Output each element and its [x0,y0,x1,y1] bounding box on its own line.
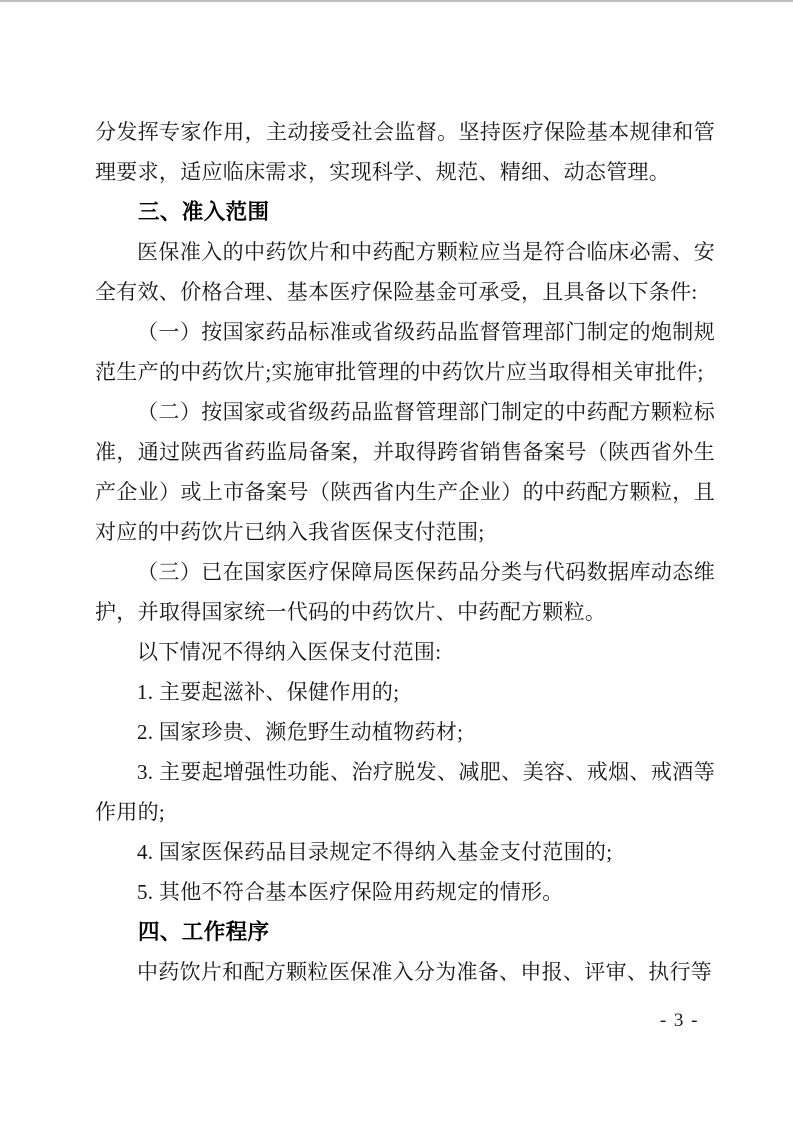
section-heading-work-procedure: 四、工作程序 [95,912,715,952]
paragraph-continuation: 分发挥专家作用，主动接受社会监督。坚持医疗保险基本规律和管理要求，适应临床需求，… [95,112,715,192]
scan-artifact-top-edge [0,0,793,2]
page-number: - 3 - [660,1006,699,1036]
document-text-area: 分发挥专家作用，主动接受社会监督。坚持医疗保险基本规律和管理要求，适应临床需求，… [95,112,715,992]
list-item-exclusion-4: 4. 国家医保药品目录规定不得纳入基金支付范围的; [95,832,715,872]
paragraph-procedure-intro: 中药饮片和配方颗粒医保准入分为准备、申报、评审、执行等 [95,952,715,992]
list-item-exclusion-1: 1. 主要起滋补、保健作用的; [95,672,715,712]
paragraph-exclusions-intro: 以下情况不得纳入医保支付范围: [95,632,715,672]
document-page: { "doc": { "language": "zh-CN", "blocks"… [0,0,793,1122]
paragraph-condition-3: （三）已在国家医疗保障局医保药品分类与代码数据库动态维护，并取得国家统一代码的中… [95,552,715,632]
list-item-exclusion-5: 5. 其他不符合基本医疗保险用药规定的情形。 [95,872,715,912]
section-heading-admission-scope: 三、准入范围 [95,192,715,232]
paragraph-admission-conditions-intro: 医保准入的中药饮片和中药配方颗粒应当是符合临床必需、安全有效、价格合理、基本医疗… [95,232,715,312]
paragraph-condition-2: （二）按国家或省级药品监督管理部门制定的中药配方颗粒标准，通过陕西省药监局备案，… [95,392,715,552]
list-item-exclusion-3: 3. 主要起增强性功能、治疗脱发、减肥、美容、戒烟、戒酒等作用的; [95,752,715,832]
paragraph-condition-1: （一）按国家药品标准或省级药品监督管理部门制定的炮制规范生产的中药饮片;实施审批… [95,312,715,392]
list-item-exclusion-2: 2. 国家珍贵、濒危野生动植物药材; [95,712,715,752]
